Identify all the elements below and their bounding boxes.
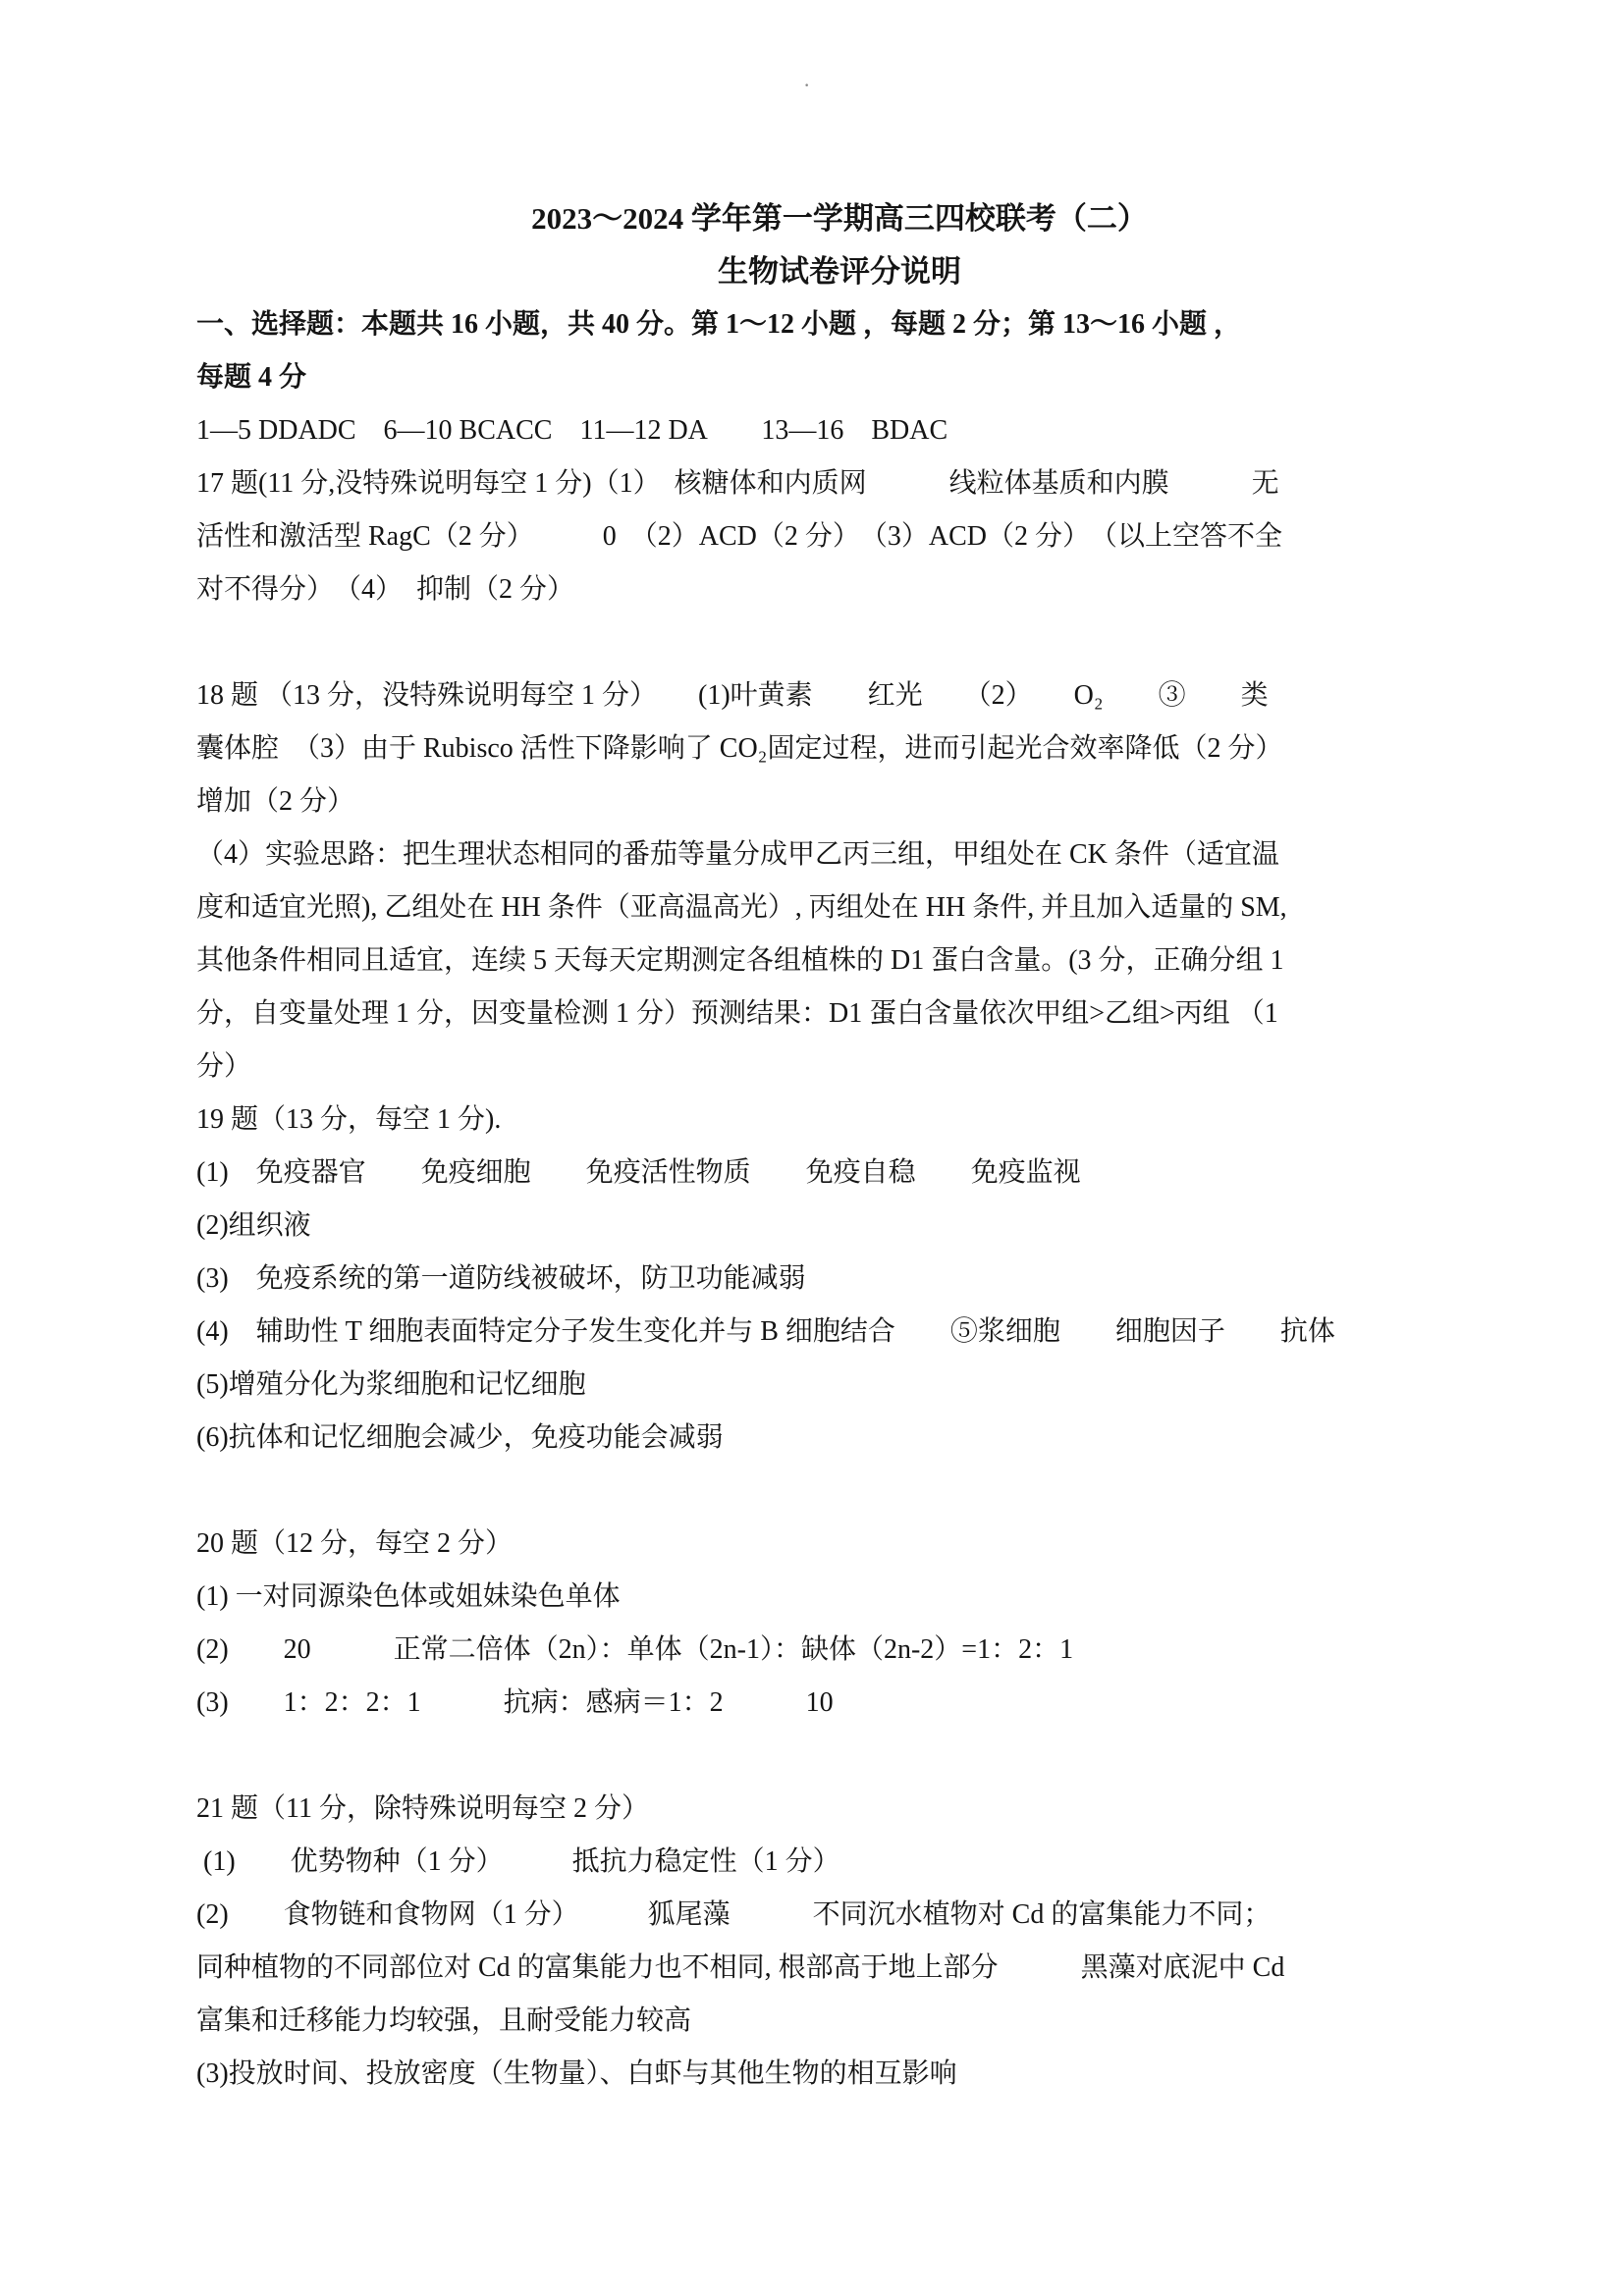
text-line: 2023～2024 学年第一学期高三四校联考（二）	[196, 192, 1483, 245]
text-line: 同种植物的不同部位对 Cd 的富集能力也不相同, 根部高于地上部分 黑藻对底泥中…	[196, 1942, 1483, 1995]
text-line: 囊体腔 （3）由于 Rubisco 活性下降影响了 CO₂固定过程，进而引起光合…	[196, 722, 1483, 775]
text-line: (3) 1：2：2：1 抗病：感病＝1：2 10	[196, 1677, 1483, 1730]
text-line: 17 题(11 分,没特殊说明每空 1 分)（1） 核糖体和内质网 线粒体基质和…	[196, 457, 1483, 510]
text-line: (1) 一对同源染色体或姐妹染色单体	[196, 1571, 1483, 1624]
text-line: 活性和激活型 RagC（2 分） 0 （2）ACD（2 分） （3）ACD（2 …	[196, 510, 1483, 563]
text-line: (6)抗体和记忆细胞会减少，免疫功能会减弱	[196, 1412, 1483, 1465]
text-line: 每题 4 分	[196, 351, 1483, 404]
text-line: (2) 食物链和食物网（1 分） 狐尾藻 不同沉水植物对 Cd 的富集能力不同；	[196, 1889, 1483, 1942]
text-line: (4) 辅助性 T 细胞表面特定分子发生变化并与 B 细胞结合 ⑤浆细胞 细胞因…	[196, 1306, 1483, 1359]
text-line: 一、选择题：本题共 16 小题，共 40 分。第 1～12 小题 ，每题 2 分…	[196, 298, 1483, 351]
answer-key-page: · 2023～2024 学年第一学期高三四校联考（二）生物试卷评分说明一、选择题…	[0, 0, 1624, 2296]
text-line: 分）	[196, 1041, 1483, 1094]
text-line: 度和适宜光照), 乙组处在 HH 条件（亚高温高光）, 丙组处在 HH 条件, …	[196, 881, 1483, 934]
text-line: 21 题（11 分，除特殊说明每空 2 分）	[196, 1783, 1483, 1836]
text-line: (2) 20 正常二倍体（2n）：单体（2n-1）：缺体（2n-2）=1：2：1	[196, 1624, 1483, 1677]
text-line: 富集和迁移能力均较强，且耐受能力较高	[196, 1995, 1483, 2048]
scan-artifact-dot: ·	[803, 75, 810, 96]
text-line: 1—5 DDADC 6—10 BCACC 11—12 DA 13—16 BDAC	[196, 404, 1483, 457]
text-line: (2)组织液	[196, 1200, 1483, 1253]
text-line: 分，自变量处理 1 分，因变量检测 1 分）预测结果：D1 蛋白含量依次甲组>乙…	[196, 988, 1483, 1041]
text-line: (5)增殖分化为浆细胞和记忆细胞	[196, 1359, 1483, 1412]
text-line: (1) 优势物种（1 分） 抵抗力稳定性（1 分）	[196, 1836, 1483, 1889]
text-line: (3) 免疫系统的第一道防线被破坏，防卫功能减弱	[196, 1253, 1483, 1306]
text-line: 18 题 （13 分，没特殊说明每空 1 分） (1)叶黄素 红光 （2） O₂…	[196, 669, 1483, 722]
text-line: 其他条件相同且适宜，连续 5 天每天定期测定各组植株的 D1 蛋白含量。(3 分…	[196, 934, 1483, 988]
text-line: 19 题（13 分，每空 1 分).	[196, 1094, 1483, 1147]
text-line: （4）实验思路：把生理状态相同的番茄等量分成甲乙丙三组，甲组处在 CK 条件（适…	[196, 828, 1483, 881]
document-body: 2023～2024 学年第一学期高三四校联考（二）生物试卷评分说明一、选择题：本…	[196, 192, 1483, 2101]
text-line: 生物试卷评分说明	[196, 245, 1483, 298]
text-line: (3)投放时间、投放密度（生物量）、白虾与其他生物的相互影响	[196, 2048, 1483, 2101]
text-line: 对不得分） （4） 抑制（2 分）	[196, 563, 1483, 616]
text-line: 增加（2 分）	[196, 775, 1483, 828]
text-line: (1) 免疫器官 免疫细胞 免疫活性物质 免疫自稳 免疫监视	[196, 1147, 1483, 1200]
text-line: 20 题（12 分，每空 2 分）	[196, 1518, 1483, 1571]
